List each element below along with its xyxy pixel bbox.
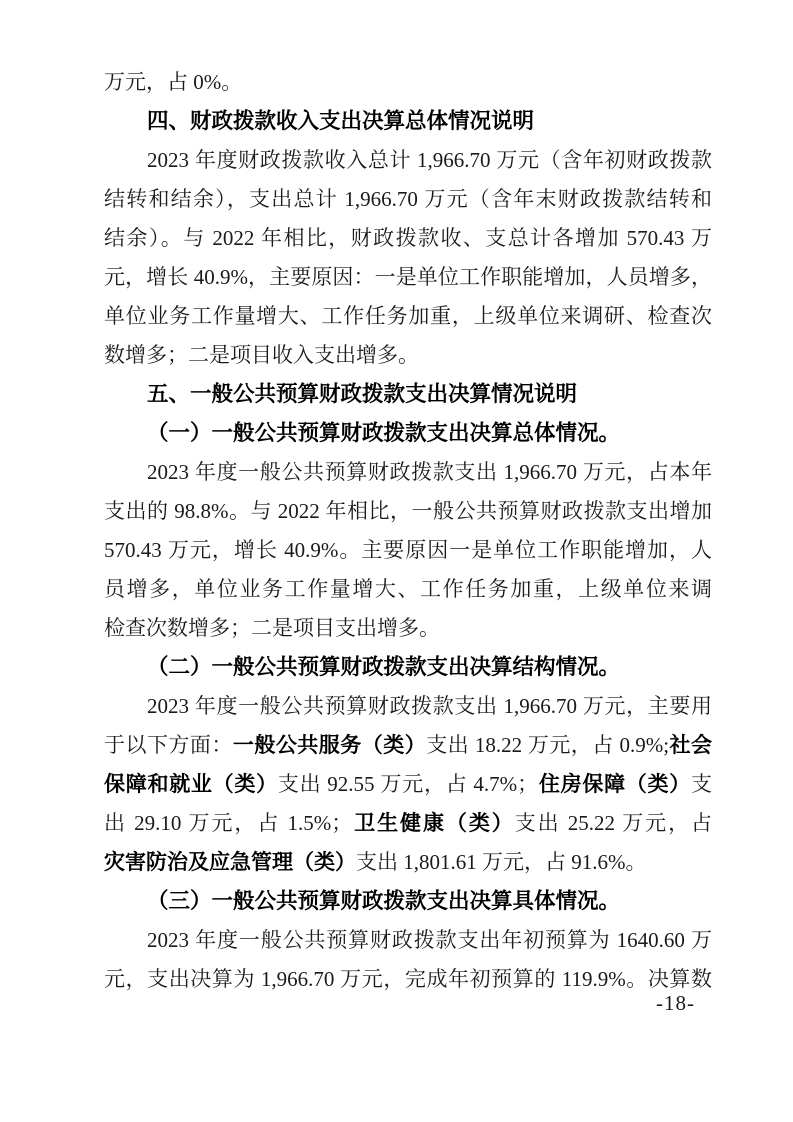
text-line: 员增多，单位业务工作量增大、工作任务加重，上级单位来调研、 xyxy=(104,570,712,609)
heading-section-4: 四、财政拨款收入支出决算总体情况说明 xyxy=(104,102,712,141)
bold-text-run: 卫生健康（类） xyxy=(352,812,514,835)
text-run: 万元，占 0%。 xyxy=(104,70,242,94)
bold-text-run: 五、一般公共预算财政拨款支出决算情况说明 xyxy=(147,382,577,406)
text-line: 2023 年度一般公共预算财政拨款支出 1,966.70 万元，主要用 xyxy=(104,687,712,726)
text-line: 单位业务工作量增大、工作任务加重，上级单位来调研、检查次 xyxy=(104,297,712,336)
text-line: （三）一般公共预算财政拨款支出决算具体情况。 xyxy=(104,882,712,921)
text-run: 支出 1,801.61 万元，占 91.6%。 xyxy=(356,850,647,874)
para-continuation: 万元，占 0%。 xyxy=(104,63,712,102)
text-run: 2023 年度一般公共预算财政拨款支出 1,966.70 万元，主要用 xyxy=(147,694,712,718)
bold-text-run: 社会 xyxy=(669,734,712,757)
text-line: （二）一般公共预算财政拨款支出决算结构情况。 xyxy=(104,648,712,687)
heading-5-1: （一）一般公共预算财政拨款支出决算总体情况。 xyxy=(104,414,712,453)
text-run: 2023 年度财政拨款收入总计 1,966.70 万元（含年初财政拨款 xyxy=(147,148,712,172)
text-run: 570.43 万元，增长 40.9%。主要原因一是单位工作职能增加，人 xyxy=(104,538,712,562)
text-line: 于以下方面：一般公共服务（类）支出 18.22 万元，占 0.9%;社会 xyxy=(104,726,712,765)
text-line: 结转和结余），支出总计 1,966.70 万元（含年末财政拨款结转和 xyxy=(104,180,712,219)
text-run: 支 xyxy=(691,772,712,796)
text-line: 2023 年度一般公共预算财政拨款支出 1,966.70 万元，占本年 xyxy=(104,453,712,492)
text-run: 结转和结余），支出总计 1,966.70 万元（含年末财政拨款结转和 xyxy=(104,187,712,211)
text-line: 元，支出决算为 1,966.70 万元，完成年初预算的 119.9%。决算数 xyxy=(104,960,712,999)
bold-text-run: 住房保障（类） xyxy=(538,773,691,796)
text-run: 数增多；二是项目收入支出增多。 xyxy=(104,343,419,367)
text-run: 出 29.10 万元，占 1.5%； xyxy=(104,811,352,835)
para-general-public-budget-overview: 2023 年度一般公共预算财政拨款支出 1,966.70 万元，占本年支出的 9… xyxy=(104,453,712,648)
heading-5-3: （三）一般公共预算财政拨款支出决算具体情况。 xyxy=(104,882,712,921)
text-line: 检查次数增多；二是项目支出增多。 xyxy=(104,609,712,648)
text-run: 于以下方面： xyxy=(104,733,233,757)
page-number: -18- xyxy=(656,991,695,1015)
para-expenditure-structure: 2023 年度一般公共预算财政拨款支出 1,966.70 万元，主要用于以下方面… xyxy=(104,687,712,882)
text-line: 四、财政拨款收入支出决算总体情况说明 xyxy=(104,102,712,141)
text-run: 元，支出决算为 1,966.70 万元，完成年初预算的 119.9%。决算数 xyxy=(104,967,712,991)
bold-text-run: 一般公共服务（类） xyxy=(233,734,426,757)
text-run: 2023 年度一般公共预算财政拨款支出年初预算为 1640.60 万 xyxy=(147,928,712,952)
heading-section-5: 五、一般公共预算财政拨款支出决算情况说明 xyxy=(104,375,712,414)
text-line: 五、一般公共预算财政拨款支出决算情况说明 xyxy=(104,375,712,414)
text-line: 元，增长 40.9%，主要原因：一是单位工作职能增加，人员增多， xyxy=(104,258,712,297)
text-run: 元，增长 40.9%，主要原因：一是单位工作职能增加，人员增多， xyxy=(104,265,712,289)
text-run: 支出 18.22 万元，占 0.9%; xyxy=(426,733,669,757)
text-run: 支出的 98.8%。与 2022 年相比，一般公共预算财政拨款支出增加 xyxy=(104,499,712,523)
text-line: 保障和就业（类）支出 92.55 万元，占 4.7%；住房保障（类）支 xyxy=(104,765,712,804)
bold-text-run: （三）一般公共预算财政拨款支出决算具体情况。 xyxy=(147,889,620,913)
text-line: 万元，占 0%。 xyxy=(104,63,712,102)
text-line: （一）一般公共预算财政拨款支出决算总体情况。 xyxy=(104,414,712,453)
document-page: 万元，占 0%。四、财政拨款收入支出决算总体情况说明2023 年度财政拨款收入总… xyxy=(0,0,793,1122)
para-initial-vs-final-budget: 2023 年度一般公共预算财政拨款支出年初预算为 1640.60 万元，支出决算… xyxy=(104,921,712,999)
para-fiscal-appropriation-overview: 2023 年度财政拨款收入总计 1,966.70 万元（含年初财政拨款结转和结余… xyxy=(104,141,712,375)
text-run: 员增多，单位业务工作量增大、工作任务加重，上级单位来调研、 xyxy=(104,577,712,609)
text-run: 2023 年度一般公共预算财政拨款支出 1,966.70 万元，占本年 xyxy=(147,460,712,484)
text-line: 结余）。与 2022 年相比，财政拨款收、支总计各增加 570.43 万 xyxy=(104,219,712,258)
bold-text-run: （一）一般公共预算财政拨款支出决算总体情况。 xyxy=(147,421,620,445)
text-run: 单位业务工作量增大、工作任务加重，上级单位来调研、检查次 xyxy=(104,304,712,328)
bold-text-run: 四、财政拨款收入支出决算总体情况说明 xyxy=(147,109,534,133)
text-run: 支出 92.55 万元，占 4.7%； xyxy=(278,772,538,796)
heading-5-2: （二）一般公共预算财政拨款支出决算结构情况。 xyxy=(104,648,712,687)
document-content: 万元，占 0%。四、财政拨款收入支出决算总体情况说明2023 年度财政拨款收入总… xyxy=(104,63,712,999)
text-line: 灾害防治及应急管理（类）支出 1,801.61 万元，占 91.6%。 xyxy=(104,843,712,882)
text-run: 检查次数增多；二是项目支出增多。 xyxy=(104,616,440,640)
text-line: 2023 年度财政拨款收入总计 1,966.70 万元（含年初财政拨款 xyxy=(104,141,712,180)
text-run: 结余）。与 2022 年相比，财政拨款收、支总计各增加 570.43 万 xyxy=(104,226,712,250)
text-line: 2023 年度一般公共预算财政拨款支出年初预算为 1640.60 万 xyxy=(104,921,712,960)
text-line: 出 29.10 万元，占 1.5%；卫生健康（类）支出 25.22 万元，占 1… xyxy=(104,804,712,843)
bold-text-run: （二）一般公共预算财政拨款支出决算结构情况。 xyxy=(147,655,620,679)
text-line: 数增多；二是项目收入支出增多。 xyxy=(104,336,712,375)
bold-text-run: 灾害防治及应急管理（类） xyxy=(104,851,356,874)
bold-text-run: 保障和就业（类） xyxy=(104,773,278,796)
text-line: 支出的 98.8%。与 2022 年相比，一般公共预算财政拨款支出增加 xyxy=(104,492,712,531)
text-line: 570.43 万元，增长 40.9%。主要原因一是单位工作职能增加，人 xyxy=(104,531,712,570)
